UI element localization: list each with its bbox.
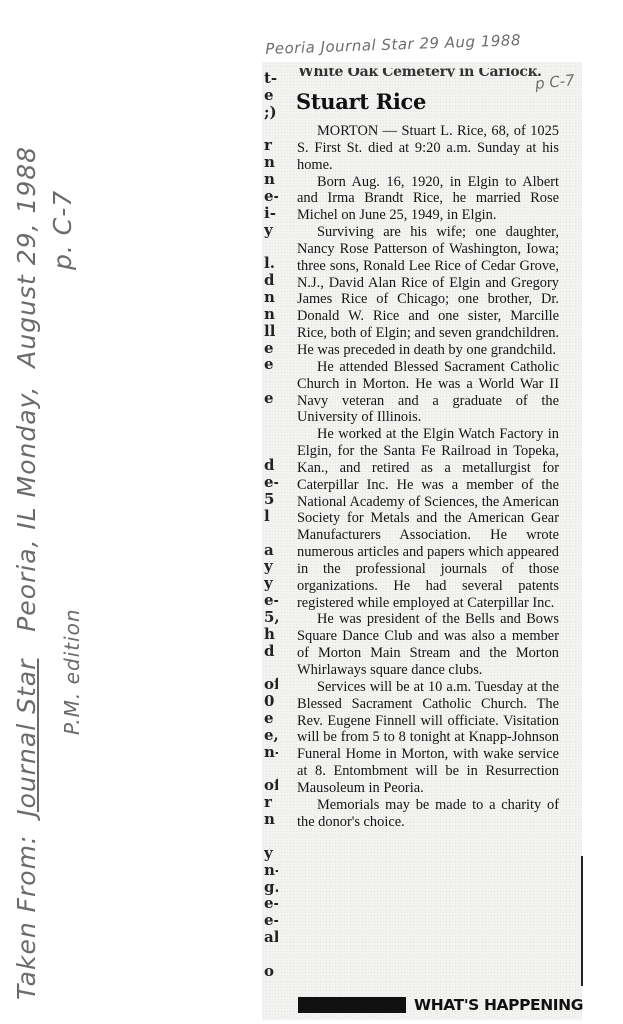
paragraph-death-notice: MORTON — Stuart L. Rice, 68, of 1025 S. … <box>297 123 559 174</box>
column-fragment: g. <box>264 879 278 896</box>
column-fragment: e <box>264 710 278 727</box>
paragraph-memorials: Memorials may be made to a charity of th… <box>297 797 559 831</box>
column-fragment: h <box>264 626 278 643</box>
paragraph-church-military-education: He attended Blessed Sacrament Catholic C… <box>297 359 559 426</box>
next-section-heading: WHAT'S HAPPENING <box>414 996 583 1014</box>
column-fragment: e- <box>264 592 278 609</box>
column-fragment: l. <box>264 255 278 272</box>
column-fragment <box>264 441 278 458</box>
column-divider <box>581 856 583 986</box>
column-fragment: e, <box>264 727 278 744</box>
column-fragment <box>264 761 278 778</box>
column-fragment: d <box>264 643 278 660</box>
column-fragment: e- <box>264 912 278 929</box>
column-fragment <box>264 660 278 677</box>
column-fragment <box>264 424 278 441</box>
handwritten-top-note: Peoria Journal Star 29 Aug 1988 <box>265 31 521 58</box>
column-fragment <box>264 946 278 963</box>
adjacent-column-fragments: t-e;)rnne-i-yl.dnnlleeede-5layye-5,hdof0… <box>264 70 278 980</box>
column-fragment <box>264 121 278 138</box>
column-fragment: n <box>264 289 278 306</box>
next-section-banner: WHAT'S HAPPENING <box>298 994 588 1016</box>
column-fragment: r <box>264 137 278 154</box>
column-fragment: 5, <box>264 609 278 626</box>
handwritten-page-number: p. C-7 <box>48 190 77 270</box>
column-fragment: n- <box>264 744 278 761</box>
handwritten-date: August 29, 1988 <box>12 146 41 368</box>
column-fragment: l <box>264 508 278 525</box>
previous-article-tail: White Oak Cemetery in Carlock. <box>298 68 542 77</box>
column-fragment <box>264 828 278 845</box>
handwritten-place-day: Peoria, IL Monday, <box>12 386 41 632</box>
column-fragment: e <box>264 340 278 357</box>
column-fragment: 0 <box>264 693 278 710</box>
column-fragment <box>264 373 278 390</box>
paragraph-services: Services will be at 10 a.m. Tuesday at t… <box>297 679 559 797</box>
column-fragment: a <box>264 542 278 559</box>
column-fragment: y <box>264 575 278 592</box>
column-fragment: n <box>264 811 278 828</box>
column-fragment: e- <box>264 188 278 205</box>
column-fragment: r <box>264 794 278 811</box>
paragraph-square-dance: He was president of the Bells and Bows S… <box>297 611 559 678</box>
column-fragment: i- <box>264 205 278 222</box>
obituary-headline: Stuart Rice <box>296 89 426 114</box>
column-fragment: y <box>264 845 278 862</box>
column-fragment <box>264 238 278 255</box>
column-fragment: 5 <box>264 491 278 508</box>
column-fragment: e <box>264 390 278 407</box>
paragraph-birth-marriage: Born Aug. 16, 1920, in Elgin to Albert a… <box>297 174 559 225</box>
paragraph-career: He worked at the Elgin Watch Factory in … <box>297 426 559 611</box>
column-fragment: t- <box>264 70 278 87</box>
column-fragment: o <box>264 963 278 980</box>
column-fragment: e <box>264 356 278 373</box>
column-fragment: y <box>264 558 278 575</box>
column-fragment: ;) <box>264 104 278 121</box>
handwritten-taken-from: Taken From: <box>12 835 41 1000</box>
column-fragment: of <box>264 676 278 693</box>
column-fragment: e <box>264 87 278 104</box>
column-fragment: al <box>264 929 278 946</box>
column-fragment: d <box>264 272 278 289</box>
column-fragment: y <box>264 222 278 239</box>
column-fragment <box>264 525 278 542</box>
column-fragment: e- <box>264 895 278 912</box>
handwritten-edition: P.M. edition <box>60 608 84 735</box>
column-fragment: n <box>264 306 278 323</box>
section-bar-decoration <box>298 997 406 1013</box>
handwritten-source-note: Taken From: Journal Star Peoria, IL Mond… <box>12 146 41 1000</box>
column-fragment: n- <box>264 862 278 879</box>
column-fragment: ll <box>264 323 278 340</box>
column-fragment: n <box>264 171 278 188</box>
column-fragment: n <box>264 154 278 171</box>
column-fragment: e- <box>264 474 278 491</box>
column-fragment <box>264 407 278 424</box>
obituary-body: MORTON — Stuart L. Rice, 68, of 1025 S. … <box>297 123 559 830</box>
handwritten-paper-name: Journal Star <box>12 659 41 817</box>
paragraph-survivors: Surviving are his wife; one daughter, Na… <box>297 224 559 359</box>
column-fragment: d <box>264 457 278 474</box>
column-fragment: of <box>264 777 278 794</box>
